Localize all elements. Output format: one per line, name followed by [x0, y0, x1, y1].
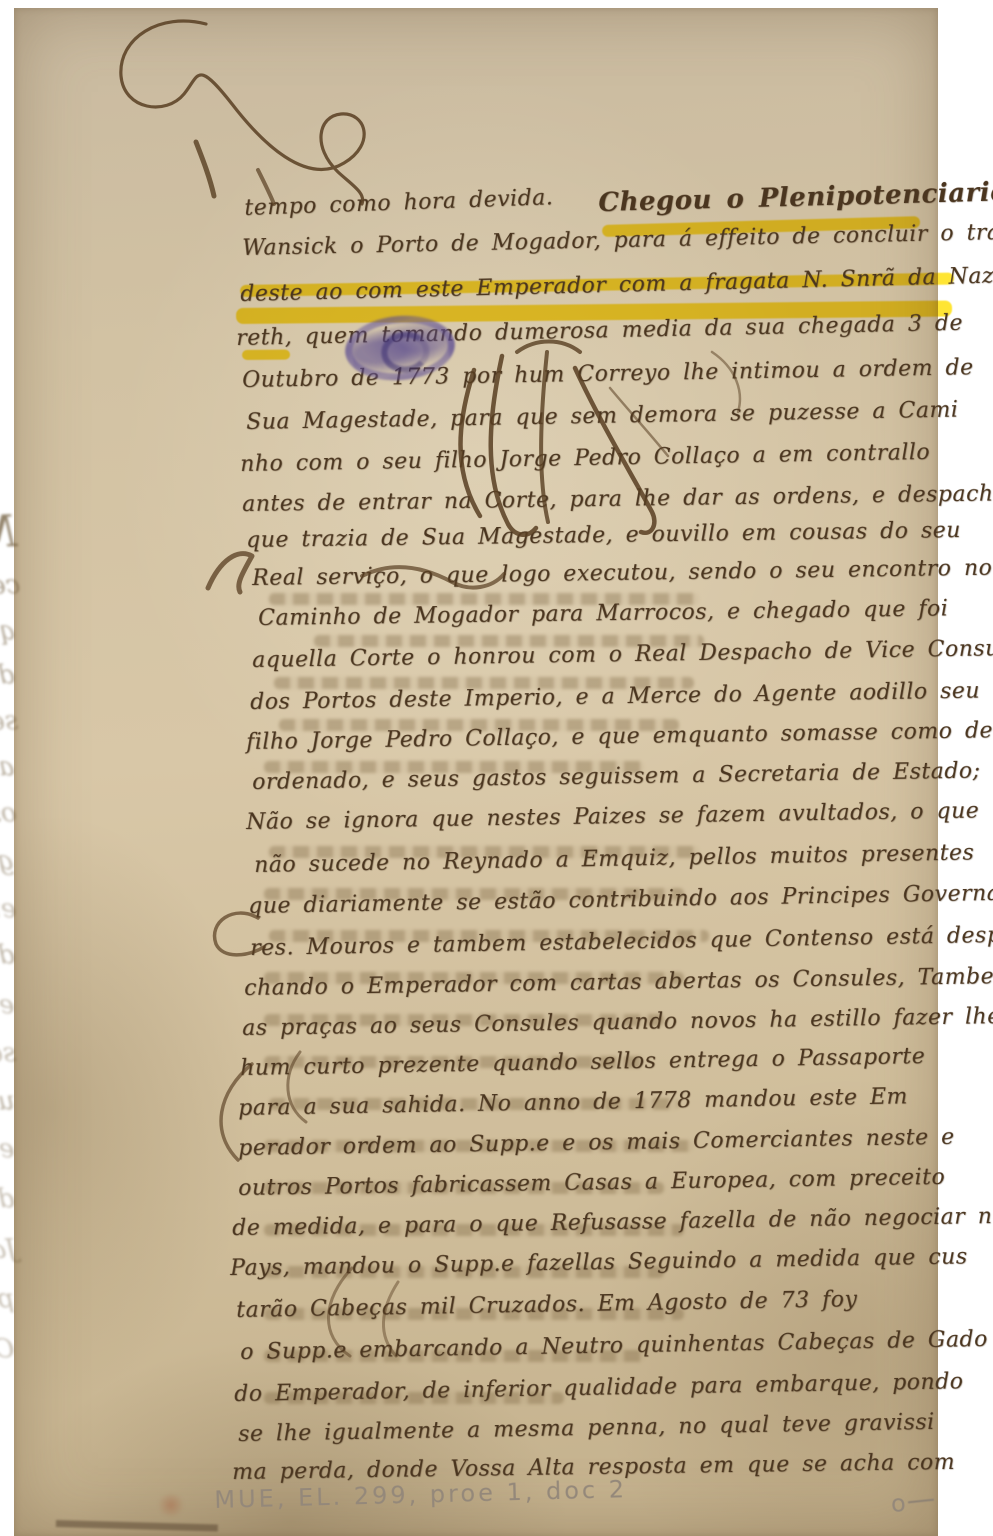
bleedthrough-fragment: os de mi — [0, 798, 17, 832]
manuscript-line: se lhe igualmente a mesma penna, no qual… — [238, 1410, 935, 1447]
bleedthrough-fragment: dos e — [0, 1184, 15, 1215]
manuscript-line: que trazia de Sua Magestade, e ouvillo e… — [246, 518, 961, 553]
manuscript-line: para a sua sahida. No anno de 1778 mando… — [238, 1084, 908, 1121]
scanned-manuscript-page: Man f.lcerta despoisq sella protadespois… — [0, 0, 993, 1536]
manuscript-line: res. Mouros e tambem estabelecidos que C… — [250, 923, 993, 961]
paper-stain — [156, 1494, 186, 1516]
manuscript-line: antes de entrar na Corte, para lhe dar a… — [242, 481, 993, 517]
bleedthrough-fragment: penas — [0, 1284, 15, 1315]
bleedthrough-fragment: uma Cod — [0, 1086, 15, 1120]
bleedthrough-fragment: Man f.l — [0, 506, 18, 562]
bottom-page-edge-shadow — [56, 1520, 218, 1532]
bleedthrough-fragment: amanho e de — [0, 752, 15, 785]
bleedthrough-fragment: se visse o de — [0, 706, 19, 739]
manuscript-line: hum curto prezente quando sellos entrega… — [240, 1044, 925, 1081]
manuscript-line: do Emperador, de inferior qualidade para… — [234, 1369, 964, 1407]
manuscript-line: outros Portos fabricassem Casas a Europe… — [238, 1165, 945, 1201]
highlighter-stroke — [242, 350, 290, 360]
manuscript-line: Sua Magestade, para que sem demora se pu… — [246, 398, 959, 435]
manuscript-line: chando o Emperador com cartas abertas os… — [244, 964, 993, 1001]
pencil-page-mark: o — [890, 1489, 910, 1518]
bleedthrough-fragment: ganhos m — [0, 846, 15, 878]
manuscript-line: perador ordem ao Supp.e e os mais Comerc… — [238, 1125, 955, 1161]
bleedthrough-fragment: certa despois — [0, 570, 21, 603]
bleedthrough-fragment: em sup — [0, 1134, 15, 1166]
bleedthrough-fragment: se ver — [0, 1038, 17, 1069]
manuscript-line: Não se ignora que nestes Paizes se fazem… — [246, 798, 979, 835]
bleedthrough-fragment: em o c — [0, 894, 17, 926]
bleedthrough-fragment: q sella prota — [0, 616, 17, 649]
manuscript-line: que diariamente se estão contribuindo ao… — [248, 880, 993, 919]
section-heading: Chegou o Plenipotenciario — [598, 177, 993, 218]
manuscript-line: as praças ao seus Consules quando novos … — [242, 1004, 993, 1041]
manuscript-line: nho com o seu filho Jorge Pedro Collaço … — [240, 440, 930, 477]
bleedthrough-fragment: em qua — [0, 990, 15, 1022]
bleedthrough-fragment: James o — [0, 1234, 17, 1268]
bleedthrough-fragment: delle pa — [0, 940, 15, 974]
opening-phrase: tempo como hora devida. — [244, 185, 554, 221]
paper-sheet: Man f.lcerta despoisq sella protadespois… — [14, 8, 938, 1536]
pencil-page-mark-tail — [908, 1499, 934, 1504]
manuscript-line: Real serviço, o que logo executou, sendo… — [252, 556, 993, 591]
bleedthrough-fragment: despois de — [0, 660, 15, 695]
ink-stamp-core — [379, 330, 431, 375]
bleedthrough-fragment: Como p — [0, 1334, 15, 1366]
